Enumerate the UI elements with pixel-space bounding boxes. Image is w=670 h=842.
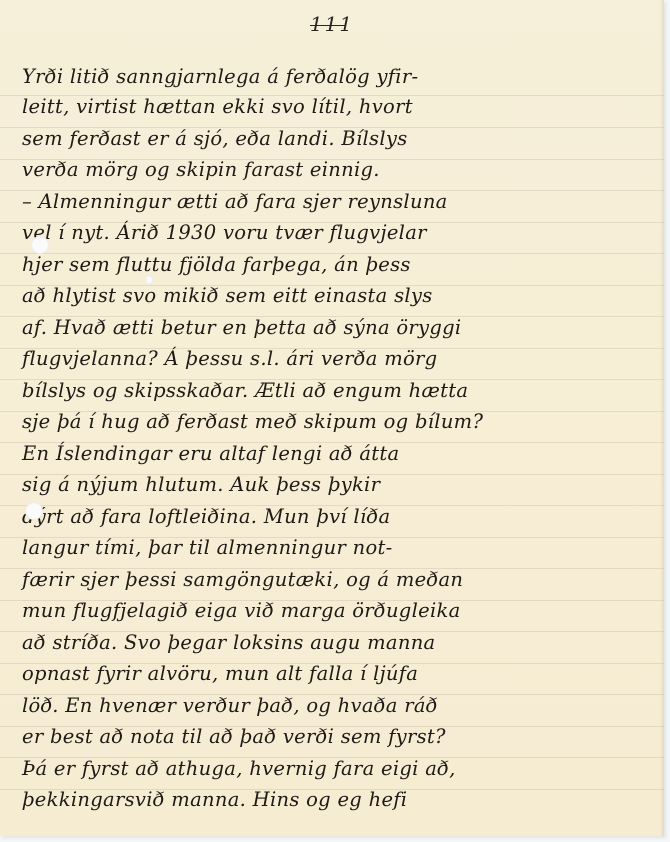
text-line: mun flugfjelagið eiga við marga örðuglei… [22, 596, 652, 626]
text-line: bílslys og skipsskaðar. Ætli að engum hæ… [22, 376, 652, 406]
text-line: er best að nota til að það verði sem fyr… [22, 722, 652, 752]
text-line: hjer sem fluttu fjölda farþega, án þess [22, 250, 652, 280]
text-line: leitt, virtist hættan ekki svo lítil, hv… [22, 92, 652, 122]
text-line: löð. En hvenær verður það, og hvaða ráð [22, 691, 652, 721]
text-line: dýrt að fara loftleiðina. Mun því líða [22, 502, 652, 532]
text-line: verða mörg og skipin farast einnig. [22, 155, 652, 185]
text-line: að hlytist svo mikið sem eitt einasta sl… [22, 281, 652, 311]
text-line: En Íslendingar eru altaf lengi að átta [22, 439, 652, 469]
punch-hole [145, 275, 153, 285]
text-line: Yrði litið sanngjarnlega á ferðalög yfir… [22, 62, 652, 92]
text-line: – Almenningur ætti að fara sjer reynslun… [22, 187, 652, 217]
text-line: vel í nyt. Árið 1930 voru tvær flugvjela… [22, 218, 652, 248]
text-line: Þá er fyrst að athuga, hvernig fara eigi… [22, 754, 652, 784]
page-number: 111 [0, 12, 664, 36]
text-line: flugvjelanna? Á þessu s.l. ári verða mör… [22, 344, 652, 374]
text-line: af. Hvað ætti betur en þetta að sýna öry… [22, 313, 652, 343]
manuscript-page: 111 Yrði litið sanngjarnlega á ferðalög … [0, 0, 664, 836]
punch-hole [31, 236, 49, 254]
text-line: opnast fyrir alvöru, mun alt falla í ljú… [22, 659, 652, 689]
text-line: þekkingarsvið manna. Hins og eg hefi [22, 785, 652, 815]
text-line: sje þá í hug að ferðast með skipum og bí… [22, 407, 652, 437]
text-line: sem ferðast er á sjó, eða landi. Bílslys [22, 124, 652, 154]
text-line: að stríða. Svo þegar loksins augu manna [22, 628, 652, 658]
punch-hole [25, 502, 43, 520]
text-line: færir sjer þessi samgöngutæki, og á meða… [22, 565, 652, 595]
text-line: langur tími, þar til almenningur not- [22, 533, 652, 563]
text-line: sig á nýjum hlutum. Auk þess þykir [22, 470, 652, 500]
